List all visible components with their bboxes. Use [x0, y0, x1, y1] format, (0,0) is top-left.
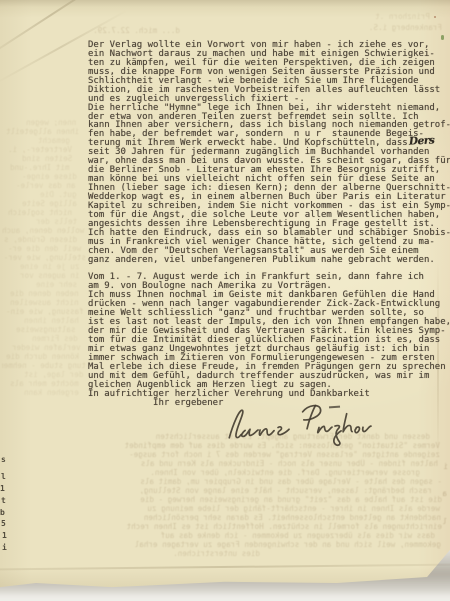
letter-content: Der Verlag wollte ein Vorwort von mir ha…	[0, 0, 450, 601]
handwritten-annotation: Ders	[409, 134, 435, 147]
paragraph: Der Verlag wollte ein Vorwort von mir ha…	[88, 41, 448, 264]
signature-ink-strokes	[222, 396, 373, 454]
letter-line: ganz anderen, viel unbefangeneren Publik…	[88, 256, 448, 265]
signature-handwriting	[222, 396, 373, 458]
paragraph: Vom 1. - 7. August werde ich in Frankfur…	[88, 273, 448, 407]
letter-body: Der Verlag wollte ein Vorwort von mir ha…	[88, 41, 448, 408]
